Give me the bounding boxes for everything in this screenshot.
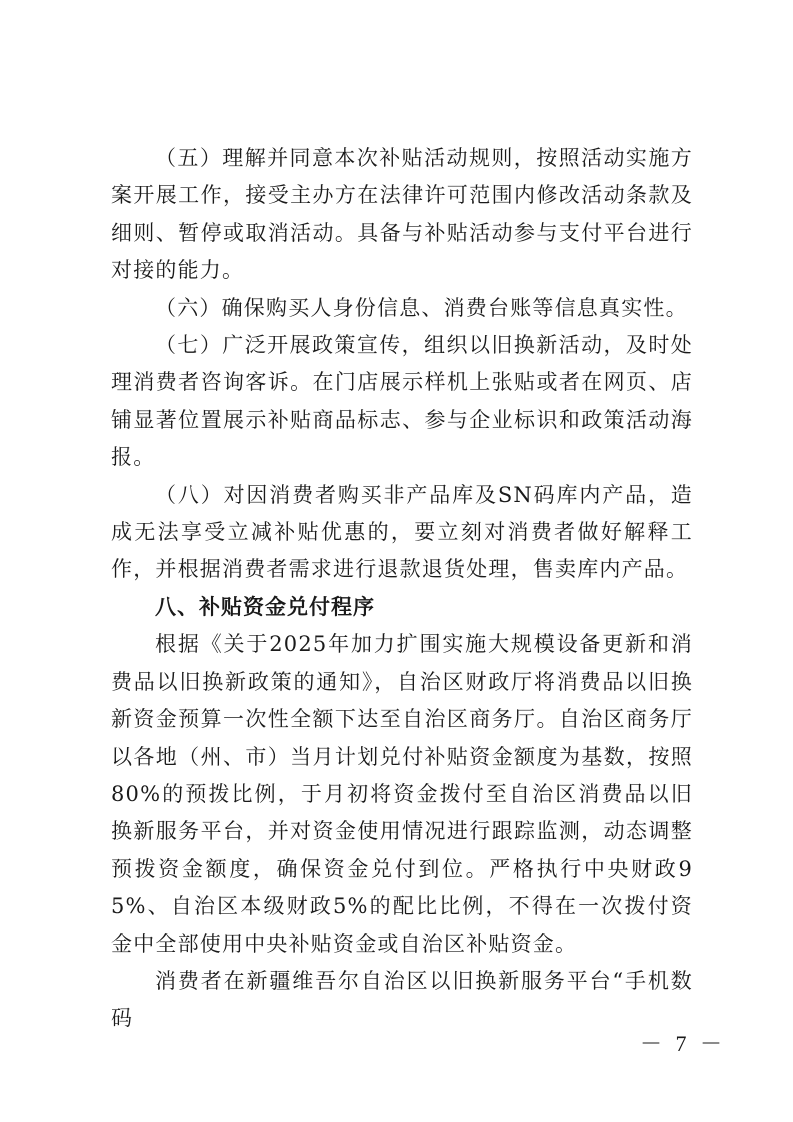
clause-7-paragraph: （七）广泛开展政策宣传，组织以旧换新活动，及时处理消费者咨询客诉。在门店展示样机… (111, 327, 693, 477)
clause-6-paragraph: （六）确保购买人身份信息、消费台账等信息真实性。 (111, 290, 693, 327)
consumer-platform-paragraph: 消费者在新疆维吾尔自治区以旧换新服务平台“手机数码 (111, 963, 693, 1038)
clause-8-paragraph: （八）对因消费者购买非产品库及SN码库内产品，造成无法享受立减补贴优惠的，要立刻… (111, 477, 693, 589)
clause-5-paragraph: （五）理解并同意本次补贴活动规则，按照活动实施方案开展工作，接受主办方在法律许可… (111, 140, 693, 290)
subsidy-funding-paragraph: 根据《关于2025年加力扩围实施大规模设备更新和消费品以旧换新政策的通知》，自治… (111, 626, 693, 963)
document-page: （五）理解并同意本次补贴活动规则，按照活动实施方案开展工作，接受主办方在法律许可… (111, 140, 693, 1038)
section-heading-subsidy-payment: 八、补贴资金兑付程序 (111, 589, 693, 626)
page-number: － 7 － (640, 1027, 726, 1058)
